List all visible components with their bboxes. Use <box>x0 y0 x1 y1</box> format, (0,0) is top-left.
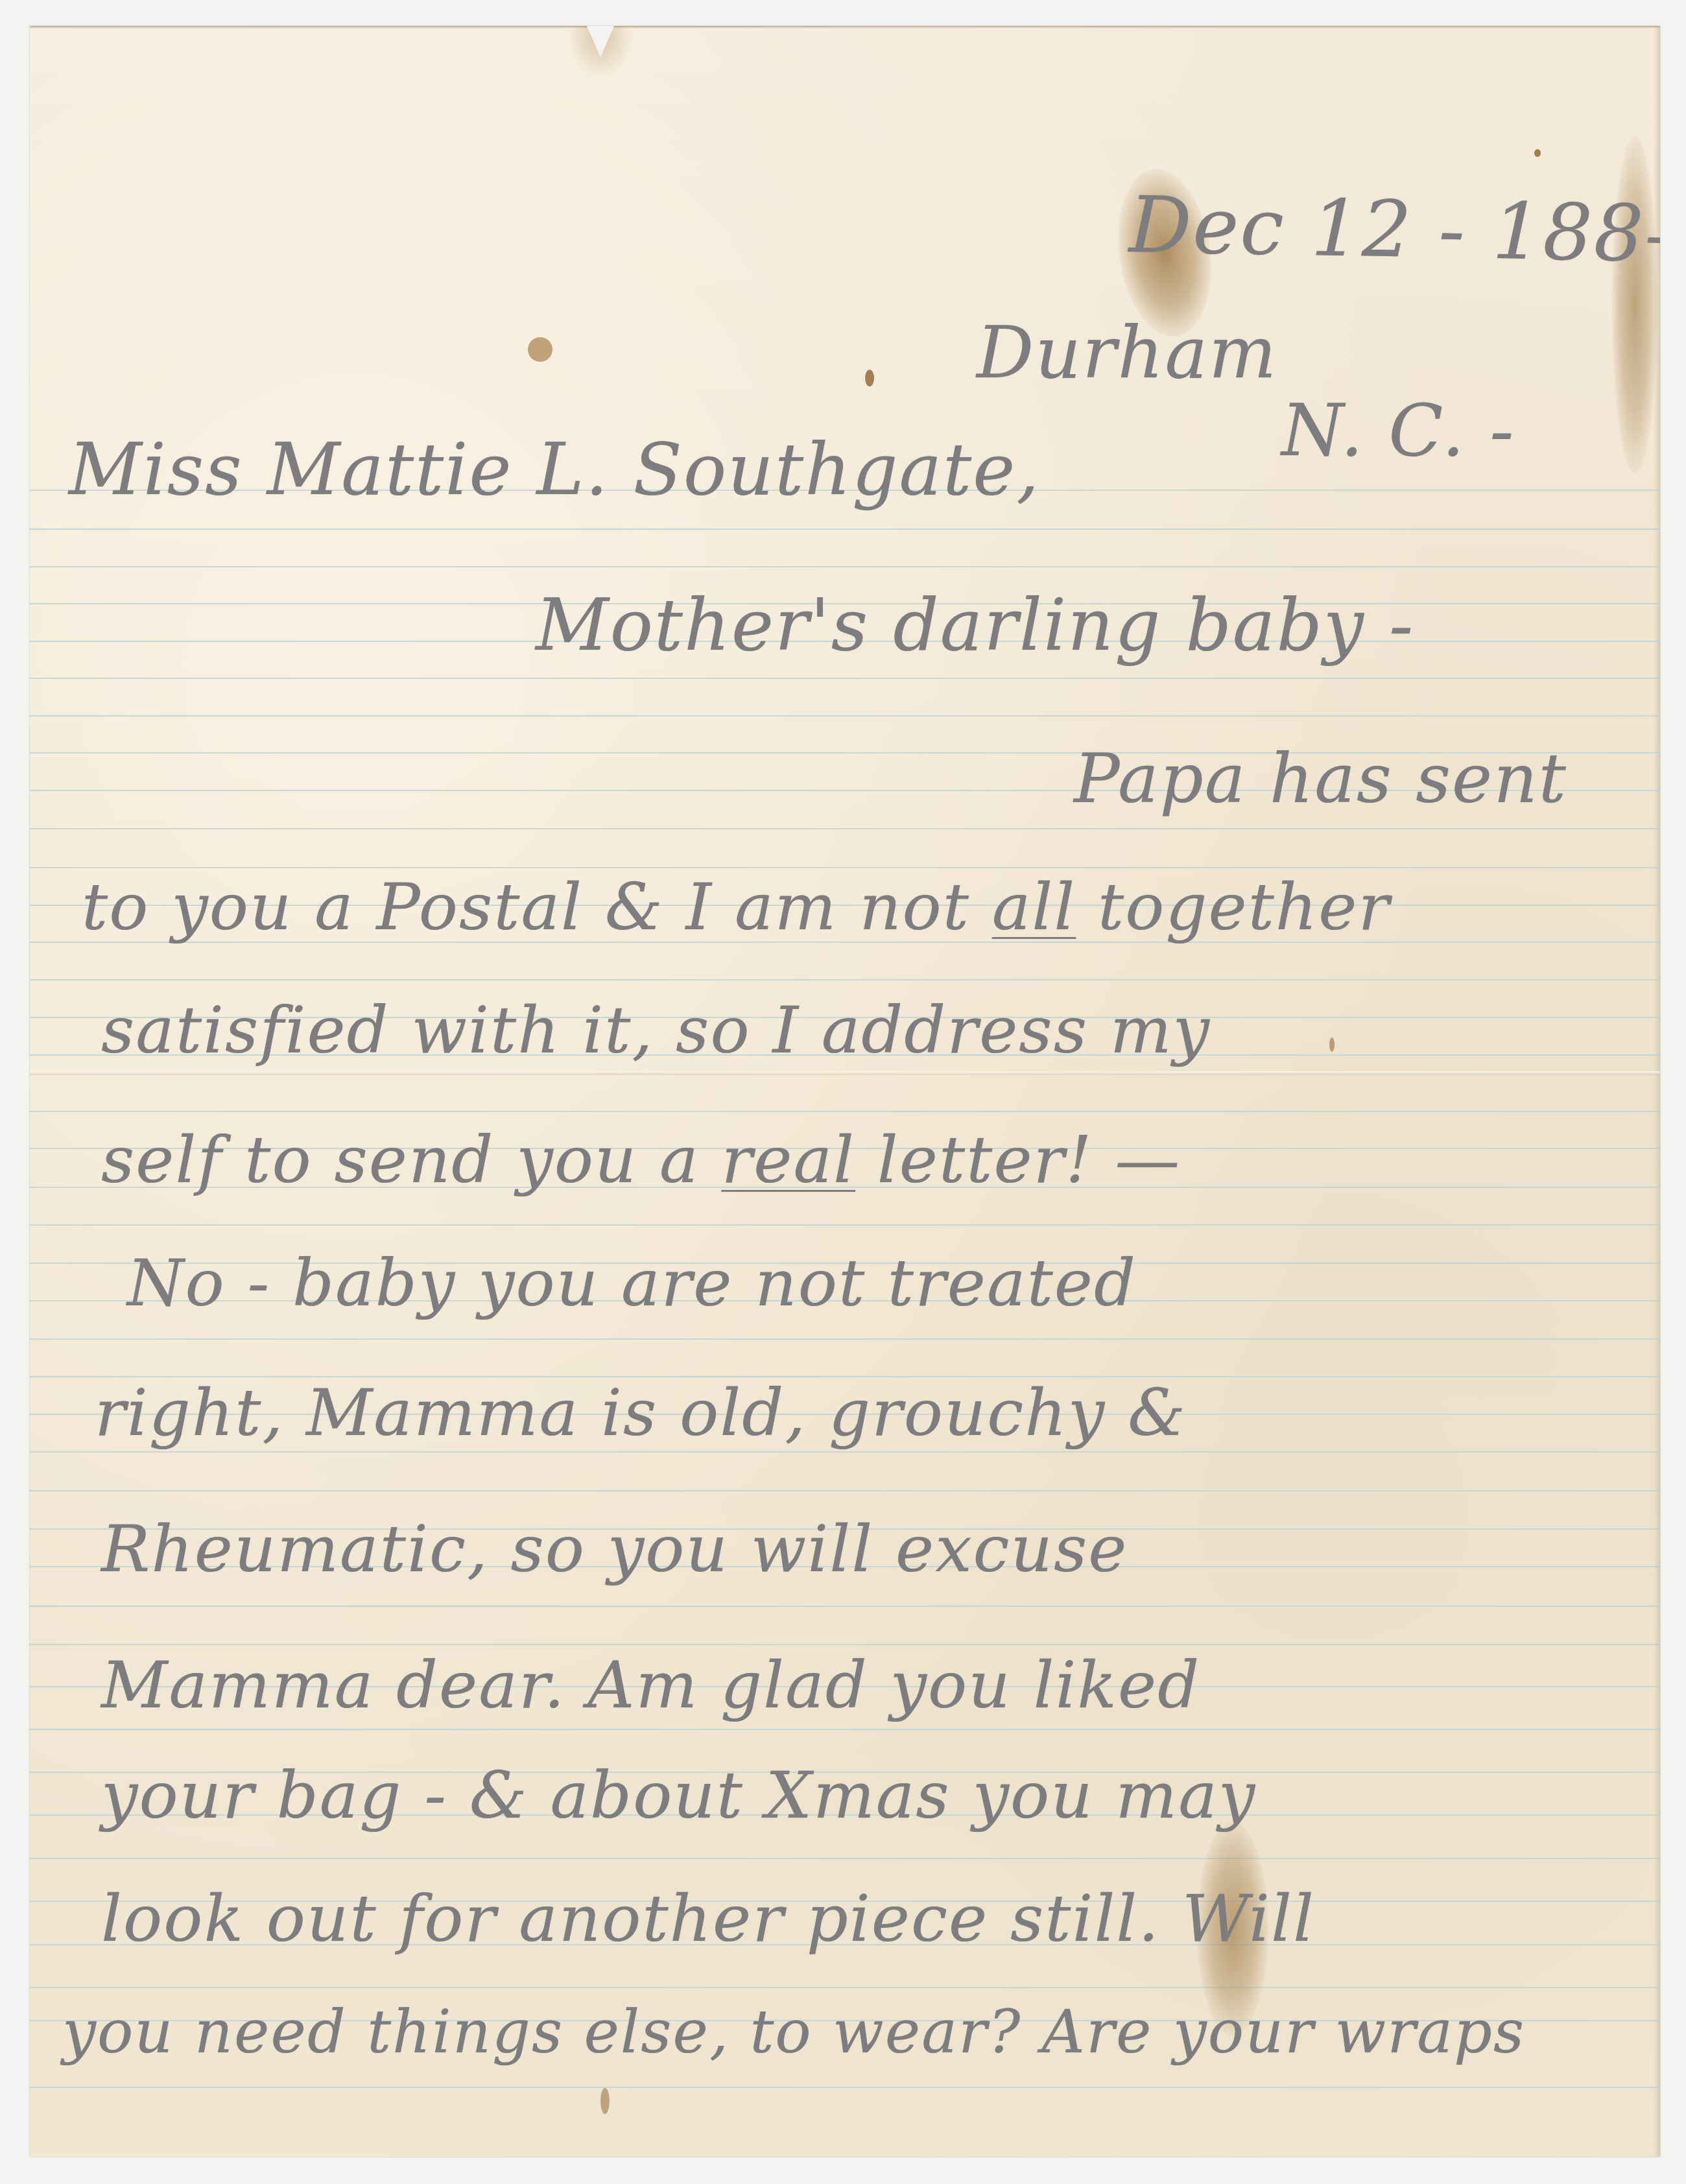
ruled-line <box>30 1987 1660 1988</box>
stain-spot <box>865 370 874 386</box>
body-line-8: Mamma dear. Am glad you liked <box>101 1647 1200 1723</box>
ruled-line <box>30 1338 1660 1340</box>
letter-place-state: N. C. - <box>1281 389 1515 472</box>
body-line-10: look out for another piece still. Will <box>101 1881 1315 1956</box>
letter-date: Dec 12 - 188— <box>1128 180 1660 281</box>
body-line-6: right, Mamma is old, grouchy & <box>95 1375 1187 1451</box>
letter-page: Dec 12 - 188— Durham N. C. - Miss Mattie… <box>30 26 1660 2157</box>
body-line-11: you need things else, to wear? Are your … <box>62 1997 1525 2067</box>
ruled-line <box>30 979 1660 980</box>
ruled-line <box>30 1729 1660 1730</box>
body-line-1: Papa has sent <box>1074 739 1567 818</box>
ruled-line <box>30 715 1660 717</box>
ruled-line <box>30 528 1660 530</box>
underlined-word: all <box>992 869 1076 945</box>
ruled-line <box>30 1644 1660 1645</box>
body-line-2-tail: together <box>1076 869 1390 945</box>
ruled-line <box>30 1451 1660 1453</box>
ruled-line <box>30 1224 1660 1226</box>
letter-place-city: Durham <box>977 311 1277 394</box>
ruled-line <box>30 678 1660 679</box>
body-line-5: No - baby you are not treated <box>127 1245 1137 1321</box>
body-line-2: to you a Postal & I am not all together <box>82 869 1390 945</box>
stain-spot <box>600 2088 610 2114</box>
ruled-line <box>30 2087 1660 2088</box>
ruled-line <box>30 1858 1660 1859</box>
ruled-line <box>30 1490 1660 1491</box>
stain-spot <box>1329 1038 1335 1052</box>
ruled-line <box>30 828 1660 829</box>
body-line-3: satisfied with it, so I address my <box>101 992 1211 1068</box>
body-line-7: Rheumatic, so you will excuse <box>101 1511 1128 1587</box>
stain-spot <box>1534 149 1541 157</box>
stain-spot <box>528 337 552 362</box>
ruled-line <box>30 1606 1660 1607</box>
body-line-2-text: to you a Postal & I am not <box>82 869 970 945</box>
torn-notch <box>586 26 615 57</box>
ruled-line <box>30 1111 1660 1112</box>
ruled-line <box>30 566 1660 567</box>
letter-greeting: Mother's darling baby - <box>536 584 1414 667</box>
body-line-4-text: self to send you a <box>101 1122 721 1198</box>
body-line-4: self to send you a real letter! — <box>101 1122 1181 1198</box>
ruled-line <box>30 867 1660 868</box>
water-stain <box>1612 136 1657 473</box>
page-top-edge <box>30 26 1660 29</box>
underlined-word: real <box>721 1122 855 1198</box>
body-line-9: your bag - & about Xmas you may <box>101 1757 1256 1833</box>
letter-addressee: Miss Mattie L. Southgate, <box>69 428 1040 511</box>
body-line-4-tail: letter! — <box>855 1122 1181 1198</box>
paper-fold <box>30 1071 1660 1075</box>
